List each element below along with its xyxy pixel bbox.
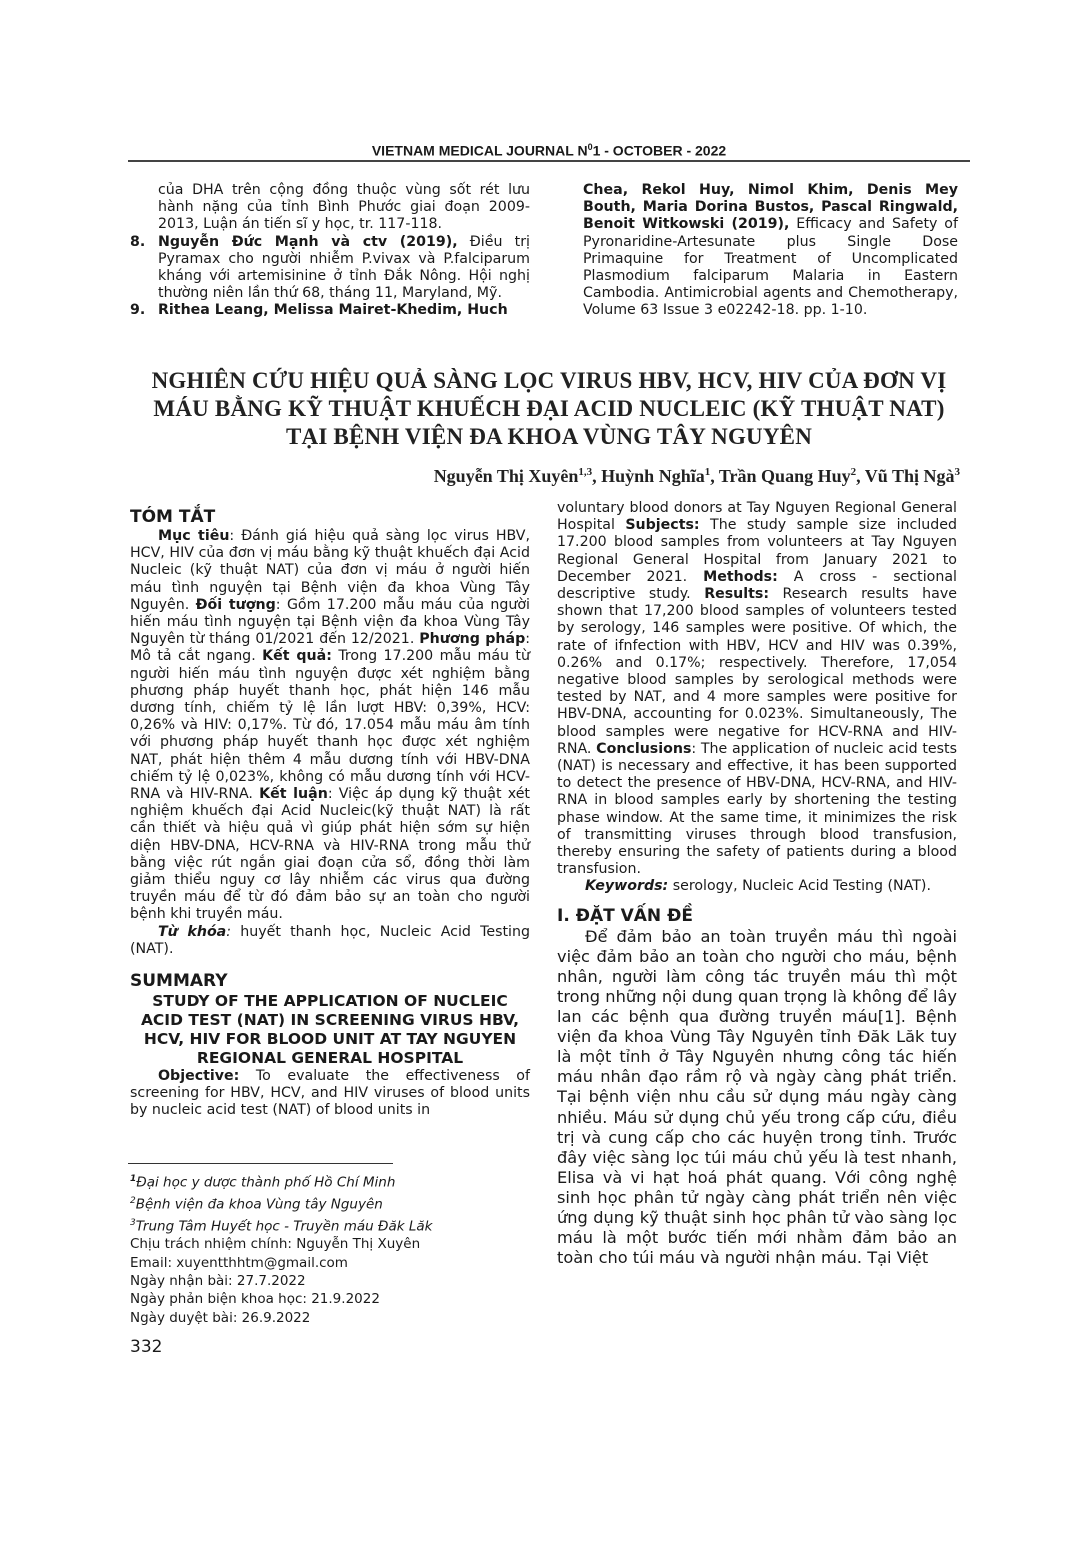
label: Subjects: [625, 517, 699, 533]
label: Methods: [703, 569, 778, 585]
abstract-vi-body: Mục tiêu: Đánh giá hiệu quả sàng lọc vir… [130, 528, 530, 924]
corresponding-author: Chịu trách nhiệm chính: Nguyễn Thị Xuyên [130, 1235, 530, 1253]
issue-date: 1 - OCTOBER - 2022 [593, 143, 727, 159]
section-heading: I. ĐẶT VẤN ĐỀ [557, 905, 957, 927]
reference-number: 8. [130, 234, 158, 303]
title-line: NGHIÊN CỨU HIỆU QUẢ SÀNG LỌC VIRUS HBV, … [128, 367, 970, 395]
label: Results: [704, 586, 769, 602]
affiliation-1: 1Đại học y dược thành phố Hồ Chí Minh [130, 1170, 530, 1192]
title-line: TẠI BỆNH VIỆN ĐA KHOA VÙNG TÂY NGUYÊN [128, 423, 970, 451]
text: serology, Nucleic Acid Testing (NAT). [668, 878, 931, 894]
text: Bệnh viện đa khoa Vùng tây Nguyên [136, 1196, 383, 1212]
reference-9: 9. Rithea Leang, Melissa Mairet-Khedim, … [130, 302, 530, 319]
reference-authors: Nguyễn Đức Mạnh và ctv (2019), [158, 234, 458, 250]
separator: , [856, 466, 865, 486]
label: Objective: [158, 1068, 239, 1084]
text: Trung Tâm Huyết học - Truyền máu Đăk Lăk [136, 1218, 433, 1234]
affiliation-marker: 1,3 [578, 466, 592, 478]
affiliation-3: 3Trung Tâm Huyết học - Truyền máu Đăk Lă… [130, 1214, 530, 1236]
journal-name: VIETNAM MEDICAL JOURNAL N [372, 143, 588, 159]
reference-8: 8. Nguyễn Đức Mạnh và ctv (2019), Điều t… [130, 234, 530, 303]
references-left: của DHA trên cộng đồng thuộc vùng sốt ré… [130, 182, 530, 320]
affiliation-marker: 3 [955, 466, 961, 478]
abstract-vi-heading: TÓM TẮT [130, 506, 530, 528]
header-rule [128, 160, 970, 162]
label: Đối tượng [196, 597, 276, 613]
text: Research results have shown that 17,200 … [557, 586, 957, 757]
reference-9-continuation: Chea, Rekol Huy, Nimol Khim, Denis Mey B… [583, 182, 958, 320]
article-title: NGHIÊN CỨU HIỆU QUẢ SÀNG LỌC VIRUS HBV, … [128, 367, 970, 451]
title-line: MÁU BẰNG KỸ THUẬT KHUẾCH ĐẠI ACID NUCLEI… [128, 395, 970, 423]
author-list: Nguyễn Thị Xuyên1,3, Huỳnh Nghĩa1, Trần … [300, 466, 960, 487]
page-number: 332 [130, 1337, 162, 1357]
reference-authors: Rithea Leang, Melissa Mairet-Khedim, Huc… [158, 302, 530, 319]
text: Đại học y dược thành phố Hồ Chí Minh [136, 1175, 395, 1191]
section-body: Để đảm bảo an toàn truyền máu thì ngoài … [557, 927, 957, 1269]
label: Phương pháp [419, 631, 525, 647]
footnote-rule [128, 1163, 393, 1164]
reference-body: Nguyễn Đức Mạnh và ctv (2019), Điều trị … [158, 234, 530, 303]
affiliation-2: 2Bệnh viện đa khoa Vùng tây Nguyên [130, 1192, 530, 1214]
date-reviewed: Ngày phản biện khoa học: 21.9.2022 [130, 1290, 530, 1308]
label: Kết quả: [262, 648, 332, 664]
summary-body-start: Objective: To evaluate the effectiveness… [130, 1068, 530, 1120]
summary-heading: SUMMARY [130, 970, 530, 992]
author-name: Nguyễn Thị Xuyên [434, 466, 579, 486]
running-header: VIETNAM MEDICAL JOURNAL N01 - OCTOBER - … [128, 142, 970, 159]
label: Kết luận [259, 786, 328, 802]
author-name: Huỳnh Nghĩa [601, 466, 705, 486]
label: Conclusions [596, 741, 691, 757]
label: Mục tiêu [158, 528, 229, 544]
label: Keywords: [585, 878, 668, 894]
summary-body-continuation: voluntary blood donors at Tay Nguyen Reg… [557, 500, 957, 878]
abstract-vi-keywords: Từ khóa:: huyết thanh học, Nucleic Acid … [130, 924, 530, 958]
label: Từ khóa [158, 924, 226, 940]
email: Email: xuyentthhtm@gmail.com [130, 1254, 530, 1272]
text: : The application of nucleic acid tests … [557, 741, 957, 877]
journal-page: VIETNAM MEDICAL JOURNAL N01 - OCTOBER - … [0, 0, 1090, 1541]
right-column: voluntary blood donors at Tay Nguyen Reg… [557, 500, 957, 1268]
text: : Việc áp dụng kỹ thuật xét nghiệm khuếc… [130, 786, 530, 922]
separator: , [592, 466, 601, 486]
author-name: Trần Quang Huy [719, 466, 851, 486]
footnotes: 1Đại học y dược thành phố Hồ Chí Minh 2B… [130, 1170, 530, 1327]
summary-title: STUDY OF THE APPLICATION OF NUCLEIC ACID… [130, 992, 530, 1068]
reference-number: 9. [130, 302, 158, 319]
date-received: Ngày nhận bài: 27.7.2022 [130, 1272, 530, 1290]
reference-7-continuation: của DHA trên cộng đồng thuộc vùng sốt ré… [130, 182, 530, 234]
date-approved: Ngày duyệt bài: 26.9.2022 [130, 1309, 530, 1327]
text: Trong 17.200 mẫu máu từ người hiến máu t… [130, 648, 530, 802]
separator: , [710, 466, 719, 486]
summary-keywords: Keywords: serology, Nucleic Acid Testing… [557, 878, 957, 895]
author-name: Vũ Thị Ngà [865, 466, 955, 486]
references-right: Chea, Rekol Huy, Nimol Khim, Denis Mey B… [583, 182, 958, 320]
left-column: TÓM TẮT Mục tiêu: Đánh giá hiệu quả sàng… [130, 506, 530, 1120]
